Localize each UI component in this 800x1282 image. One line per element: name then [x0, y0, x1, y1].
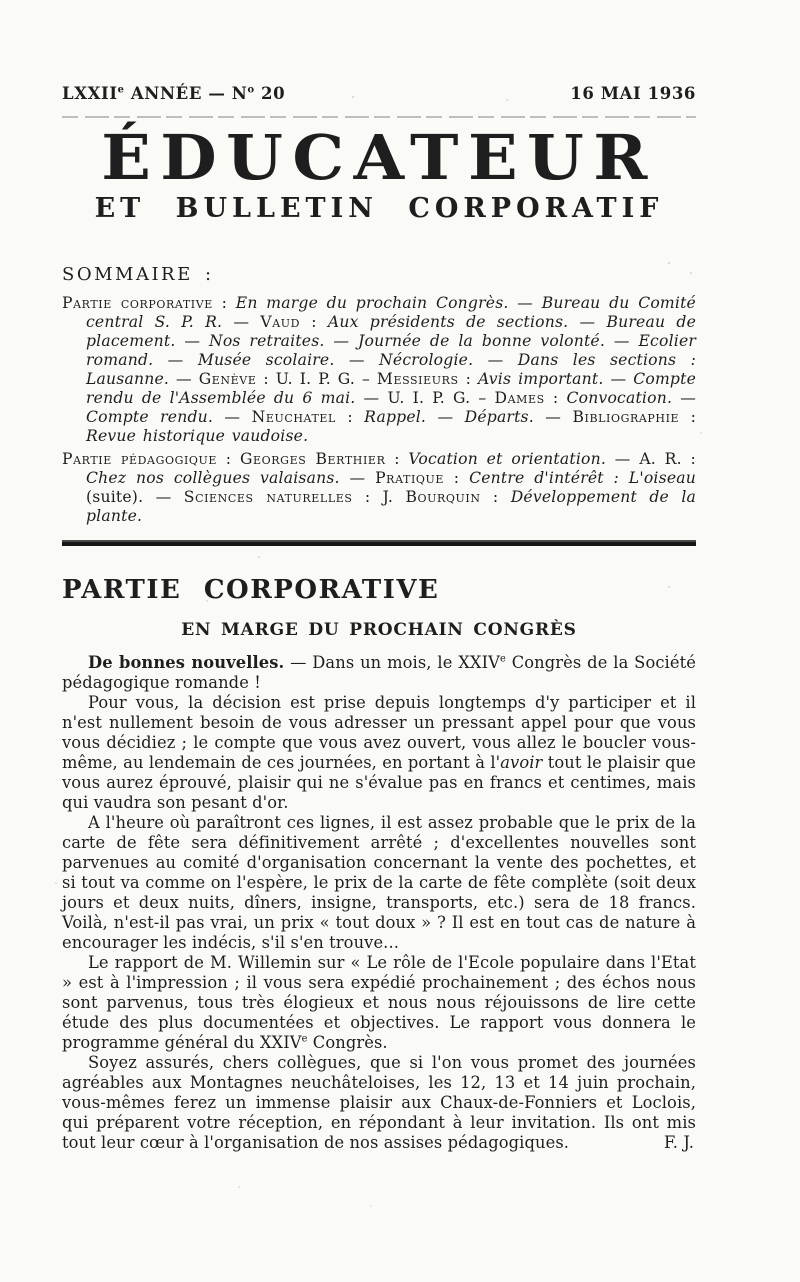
corporative-section: PARTIE CORPORATIVE EN MARGE DU PROCHAIN … — [62, 576, 696, 1153]
page-header: LXXIIe ANNÉE — No 20 16 MAI 1936 — [62, 0, 696, 103]
article-paragraph-1: De bonnes nouvelles. — Dans un mois, le … — [62, 653, 696, 693]
header-rule — [62, 116, 696, 118]
section-heading: PARTIE CORPORATIVE — [62, 576, 696, 604]
article-paragraph-2: Pour vous, la décision est prise depuis … — [62, 693, 696, 813]
article-paragraph-5: Soyez assurés, chers collègues, que si l… — [62, 1053, 696, 1153]
article-signature: F. J. — [638, 1133, 694, 1153]
article-paragraph-4: Le rapport de M. Willemin sur « Le rôle … — [62, 953, 696, 1053]
paragraph-text: Soyez assurés, chers collègues, que si l… — [62, 1053, 696, 1152]
masthead-subtitle: ET BULLETIN CORPORATIF — [62, 194, 696, 224]
summary-section: SOMMAIRE : Partie corporative : En marge… — [62, 264, 696, 526]
summary-entry-corporative: Partie corporative : En marge du prochai… — [62, 294, 696, 446]
article-title: EN MARGE DU PROCHAIN CONGRÈS — [62, 620, 696, 640]
page: LXXIIe ANNÉE — No 20 16 MAI 1936 ÉDUCATE… — [0, 0, 800, 1282]
section-divider — [62, 540, 696, 546]
text-column: LXXIIe ANNÉE — No 20 16 MAI 1936 ÉDUCATE… — [62, 0, 696, 1153]
summary-heading: SOMMAIRE : — [62, 264, 696, 285]
issue-number: LXXIIe ANNÉE — No 20 — [62, 84, 285, 103]
article-paragraph-3: A l'heure où paraîtront ces lignes, il e… — [62, 813, 696, 953]
masthead: ÉDUCATEUR ET BULLETIN CORPORATIF — [62, 126, 696, 224]
summary-entry-pedagogique: Partie pédagogique : Georges Berthier : … — [62, 450, 696, 526]
masthead-title: ÉDUCATEUR — [46, 126, 712, 190]
issue-date: 16 MAI 1936 — [570, 84, 696, 103]
